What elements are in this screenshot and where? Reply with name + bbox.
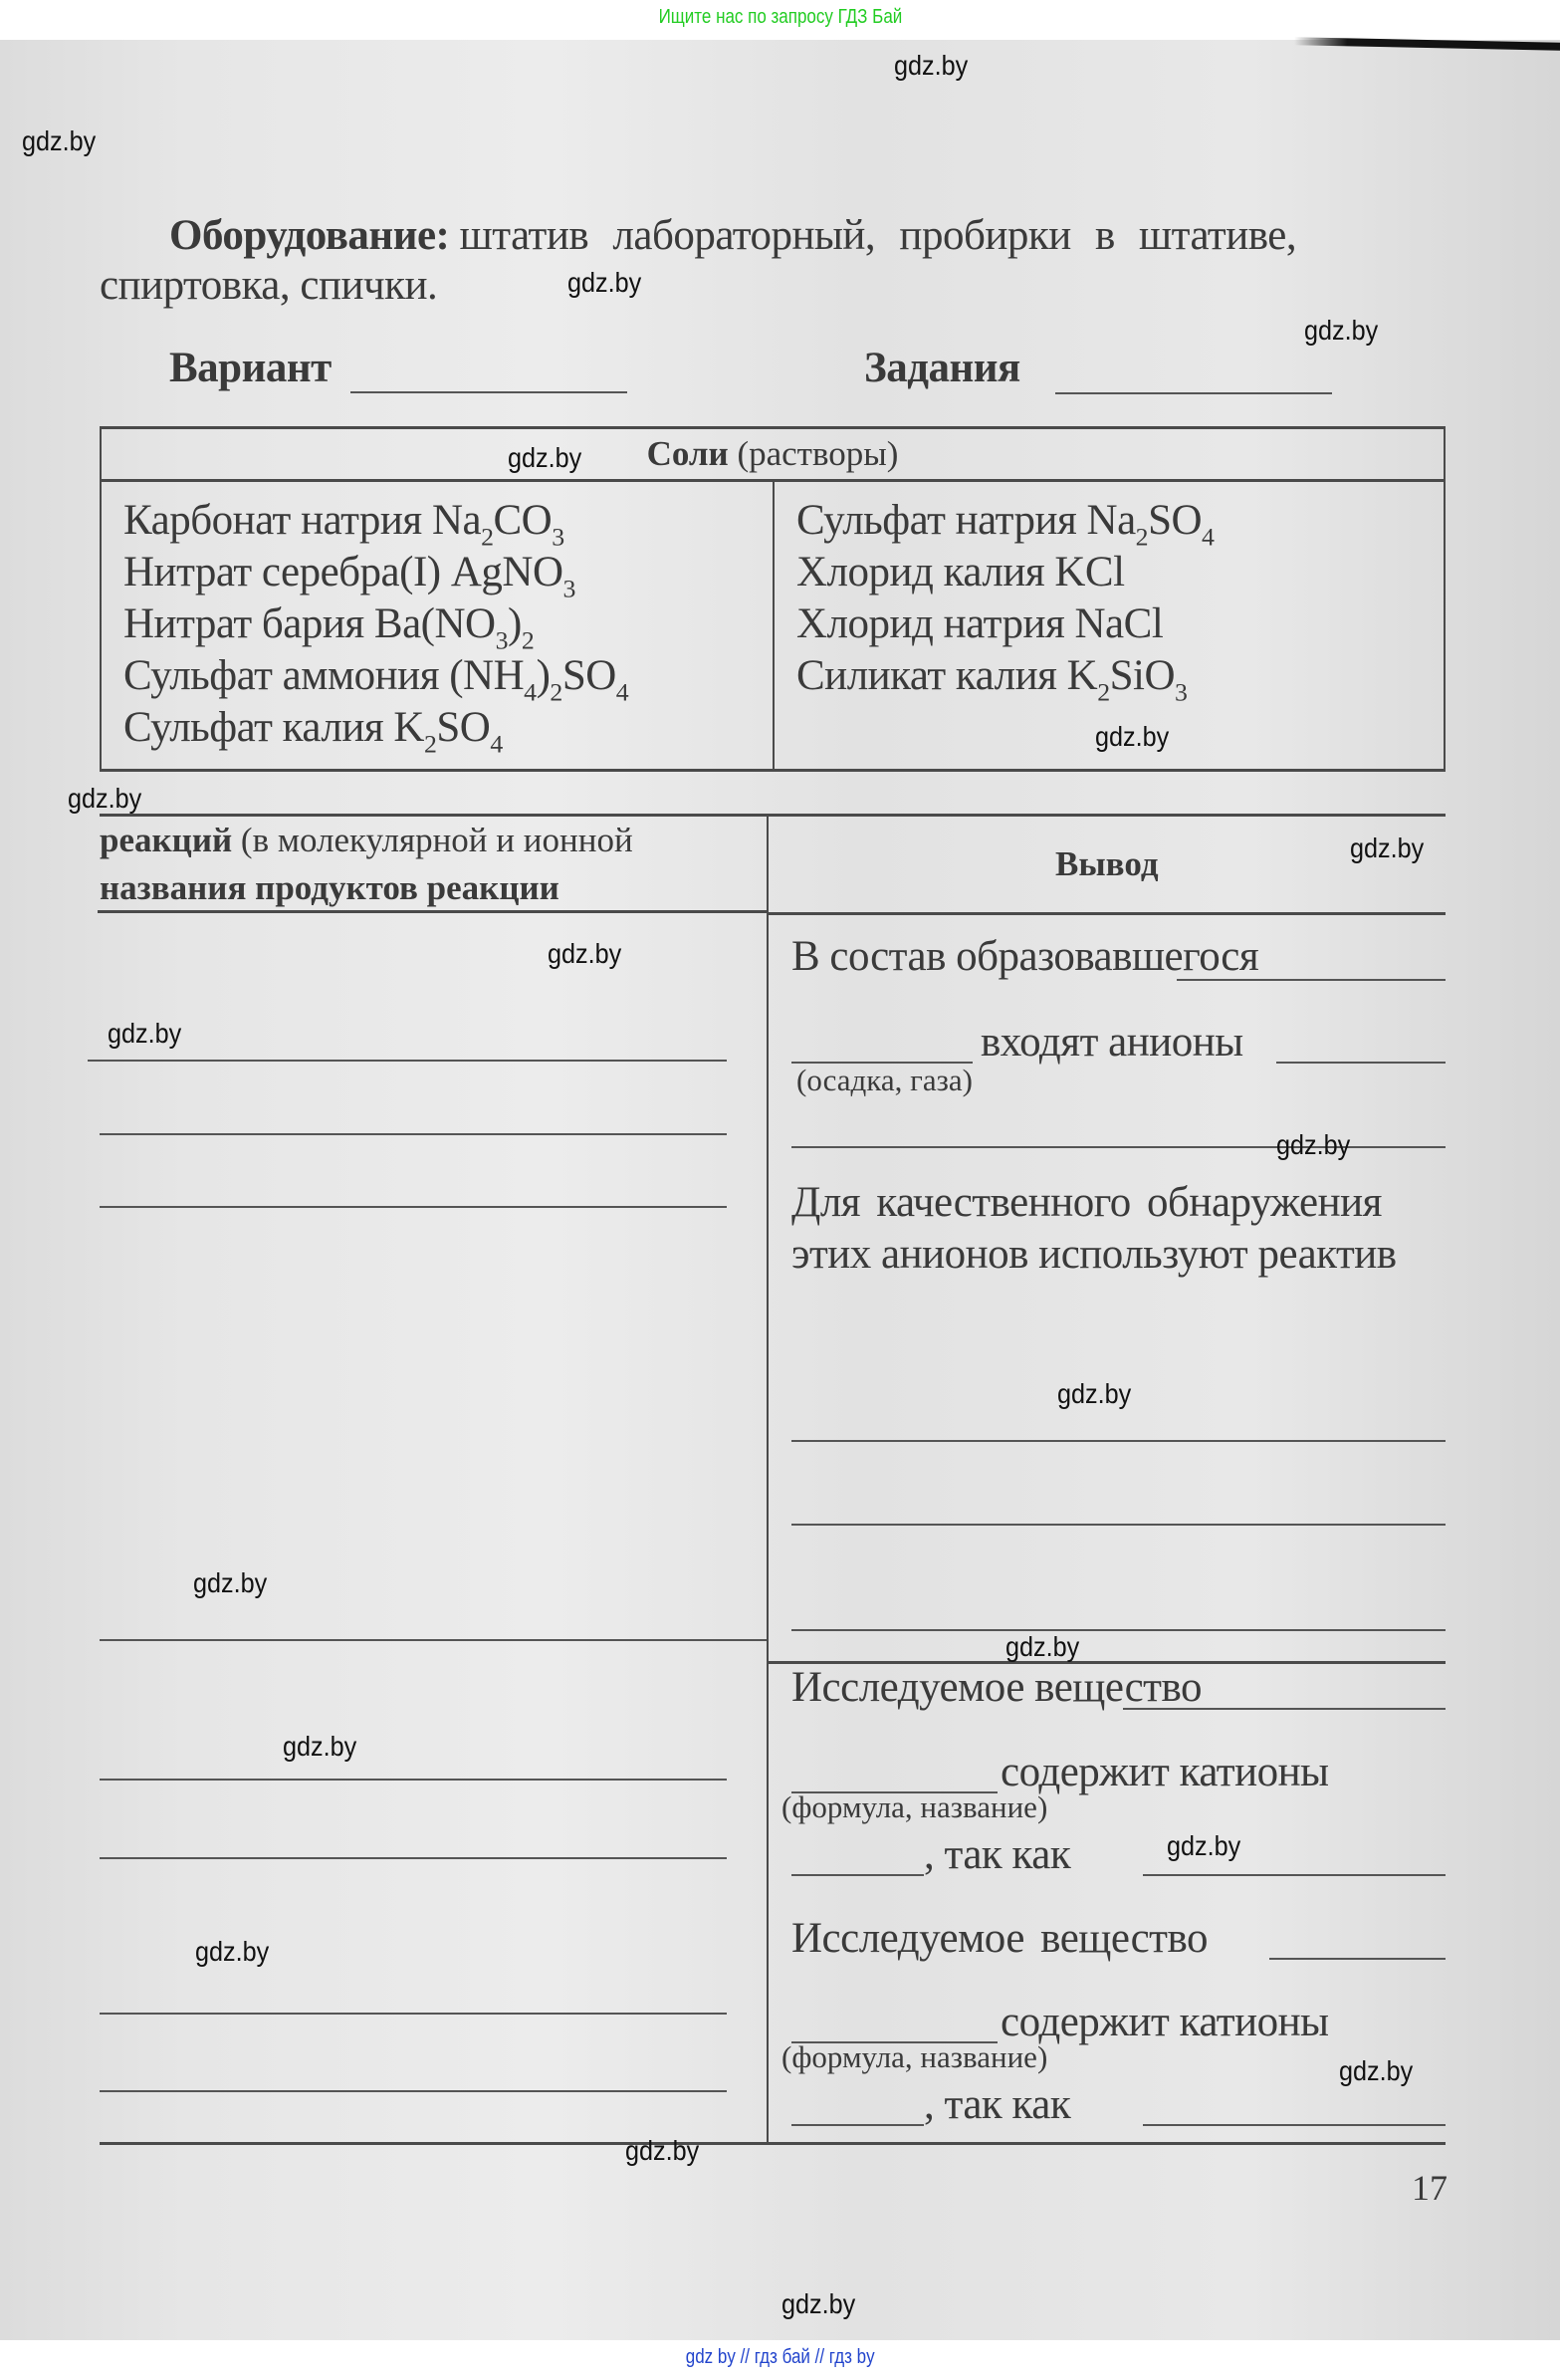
watermark: gdz.by <box>22 125 96 157</box>
reaction-answer-line[interactable] <box>100 1857 727 1859</box>
salts-table-bottom-border <box>100 769 1446 772</box>
salts-table-header: Соли (растворы) <box>0 434 1545 474</box>
variant-input-line[interactable] <box>350 391 627 393</box>
salts-table-right-border <box>1444 426 1446 771</box>
salt-item: Силикат калия K2SiO3 <box>796 651 1187 700</box>
anions-input-line[interactable] <box>1276 1062 1446 1064</box>
tasks-input-line[interactable] <box>1055 392 1332 394</box>
salts-table-top-border <box>100 426 1446 429</box>
reaction-answer-line[interactable] <box>100 2090 727 2092</box>
footer-text[interactable]: gdz by // гдз бай // гдз by <box>686 2346 875 2369</box>
salts-column-divider <box>773 479 775 771</box>
reactions-header-rest: (в молекулярной и ионной <box>232 821 633 859</box>
salt-name: Хлорид калия <box>796 549 1054 595</box>
salt-item: Хлорид калия KCl <box>796 548 1125 596</box>
reason-2-input-line[interactable] <box>1143 2124 1446 2126</box>
substance-1-label: Исследуемое вещество <box>791 1663 1202 1712</box>
reaction-answer-line[interactable] <box>100 2013 727 2015</box>
banner-text[interactable]: Ищите нас по запросу ГДЗ Бай <box>658 6 902 29</box>
salt-item: Сульфат натрия Na2SO4 <box>796 496 1214 545</box>
watermark: gdz.by <box>193 1567 267 1599</box>
salt-item: Хлорид натрия NaCl <box>796 599 1163 648</box>
reactions-header-line-1: реакций (в молекулярной и ионной <box>100 821 633 860</box>
salt-name: Сульфат калия <box>123 704 393 751</box>
salts-header-bold: Соли <box>647 434 729 473</box>
reaction-answer-line[interactable] <box>100 1639 767 1641</box>
watermark: gdz.by <box>781 2288 855 2320</box>
because-2-label: , так как <box>924 2080 1070 2129</box>
salt-name: Нитрат серебра(I) <box>123 549 451 595</box>
tasks-label: Задания <box>864 344 1020 392</box>
conclusion-line-1: В состав образовавшегося <box>791 932 1258 981</box>
watermark: gdz.by <box>108 1018 181 1050</box>
variant-label: Вариант <box>169 344 332 392</box>
formula-hint-1: (формула, название) <box>781 1789 1047 1825</box>
reaction-answer-line[interactable] <box>100 1779 727 1781</box>
salt-item: Нитрат серебра(I) AgNO3 <box>123 548 575 596</box>
conclusion-line-3a: Для качественного обнаружения <box>791 1178 1382 1227</box>
substance-2-input-line[interactable] <box>1269 1958 1446 1960</box>
salts-header-rest: (растворы) <box>729 434 899 473</box>
bottom-footer: gdz by // гдз бай // гдз by <box>0 2340 1560 2380</box>
reactions-header-line-2: названия продуктов реакции <box>100 868 559 908</box>
salt-formula: K2SiO3 <box>1067 652 1188 699</box>
watermark: gdz.by <box>1005 1631 1079 1663</box>
watermark: gdz.by <box>1167 1830 1240 1862</box>
formula-hint-2: (формула, название) <box>781 2039 1047 2075</box>
salt-item: Карбонат натрия Na2CO3 <box>123 496 564 545</box>
contains-1-label: содержит катионы <box>1001 1748 1329 1796</box>
reactions-section-top-border <box>100 814 1446 817</box>
watermark: gdz.by <box>508 442 581 474</box>
salt-formula: (NH4)2SO4 <box>449 652 628 699</box>
equipment-text-2: спиртовка, спички. <box>100 261 437 310</box>
reactions-header-divider <box>98 910 767 913</box>
reactions-column-divider <box>767 814 769 2144</box>
because-1-label: , так как <box>924 1830 1070 1879</box>
watermark: gdz.by <box>195 1936 269 1968</box>
substance-2-label: Исследуемое вещество <box>791 1914 1208 1963</box>
page-number: 17 <box>1412 2167 1448 2209</box>
equipment-line-1: Оборудование: штатив лабораторный, проби… <box>169 211 1296 260</box>
watermark: gdz.by <box>625 2135 699 2167</box>
watermark: gdz.by <box>548 938 621 970</box>
salt-formula: K2SO4 <box>393 704 502 751</box>
conclusion-header-divider <box>767 912 1446 915</box>
watermark: gdz.by <box>1095 721 1169 753</box>
equipment-label: Оборудование: <box>169 212 449 259</box>
salt-name: Сульфат аммония <box>123 652 449 699</box>
watermark: gdz.by <box>68 783 141 815</box>
salt-formula: Ba(NO3)2 <box>374 600 534 647</box>
salt-name: Сульфат натрия <box>796 497 1087 544</box>
reaction-answer-line[interactable] <box>100 1060 727 1062</box>
watermark: gdz.by <box>1276 1129 1350 1161</box>
salt-name: Карбонат натрия <box>123 497 432 544</box>
watermark: gdz.by <box>283 1731 356 1763</box>
cations-1-input-line[interactable] <box>791 1874 924 1876</box>
reaction-answer-line[interactable] <box>100 1206 727 1208</box>
reagent-input-line[interactable] <box>791 1524 1446 1526</box>
salt-formula: Na2CO3 <box>432 497 564 544</box>
precipitate-hint: (осадка, газа) <box>796 1063 973 1098</box>
salt-item: Сульфат калия K2SO4 <box>123 703 503 752</box>
watermark: gdz.by <box>894 50 968 82</box>
salt-formula: NaCl <box>1075 600 1164 647</box>
salt-formula: AgNO3 <box>451 549 575 595</box>
salt-formula: KCl <box>1054 549 1124 595</box>
top-banner: Ищите нас по запросу ГДЗ Бай <box>0 0 1560 40</box>
contains-2-label: содержит катионы <box>1001 1998 1329 2046</box>
salts-table-left-border <box>100 426 102 771</box>
salt-name: Силикат калия <box>796 652 1067 699</box>
salt-item: Нитрат бария Ba(NO3)2 <box>123 599 534 648</box>
reaction-answer-line[interactable] <box>100 1133 727 1135</box>
reagent-input-line[interactable] <box>791 1629 1446 1631</box>
watermark: gdz.by <box>1339 2055 1413 2087</box>
salt-name: Хлорид натрия <box>796 600 1075 647</box>
watermark: gdz.by <box>1304 315 1378 347</box>
reactions-header-bold: реакций <box>100 821 232 859</box>
equipment-text-1: штатив лабораторный, пробирки в штативе, <box>460 212 1297 259</box>
conclusion-line-2: входят анионы <box>981 1018 1243 1067</box>
watermark: gdz.by <box>1350 833 1424 864</box>
salt-item: Сульфат аммония (NH4)2SO4 <box>123 651 628 700</box>
reactions-section-bottom-border <box>100 2142 1446 2145</box>
watermark: gdz.by <box>567 267 641 299</box>
cations-2-input-line[interactable] <box>791 2124 924 2126</box>
conclusion-line-3b: этих анионов используют реактив <box>791 1230 1397 1279</box>
precipitate-input-line[interactable] <box>1177 979 1446 981</box>
watermark: gdz.by <box>1057 1378 1131 1410</box>
salt-formula: Na2SO4 <box>1087 497 1215 544</box>
reagent-input-line[interactable] <box>791 1440 1446 1442</box>
salt-name: Нитрат бария <box>123 600 374 647</box>
substance-1-input-line[interactable] <box>1123 1708 1446 1710</box>
conclusion-header: Вывод <box>1055 844 1159 884</box>
reason-1-input-line[interactable] <box>1143 1874 1446 1876</box>
